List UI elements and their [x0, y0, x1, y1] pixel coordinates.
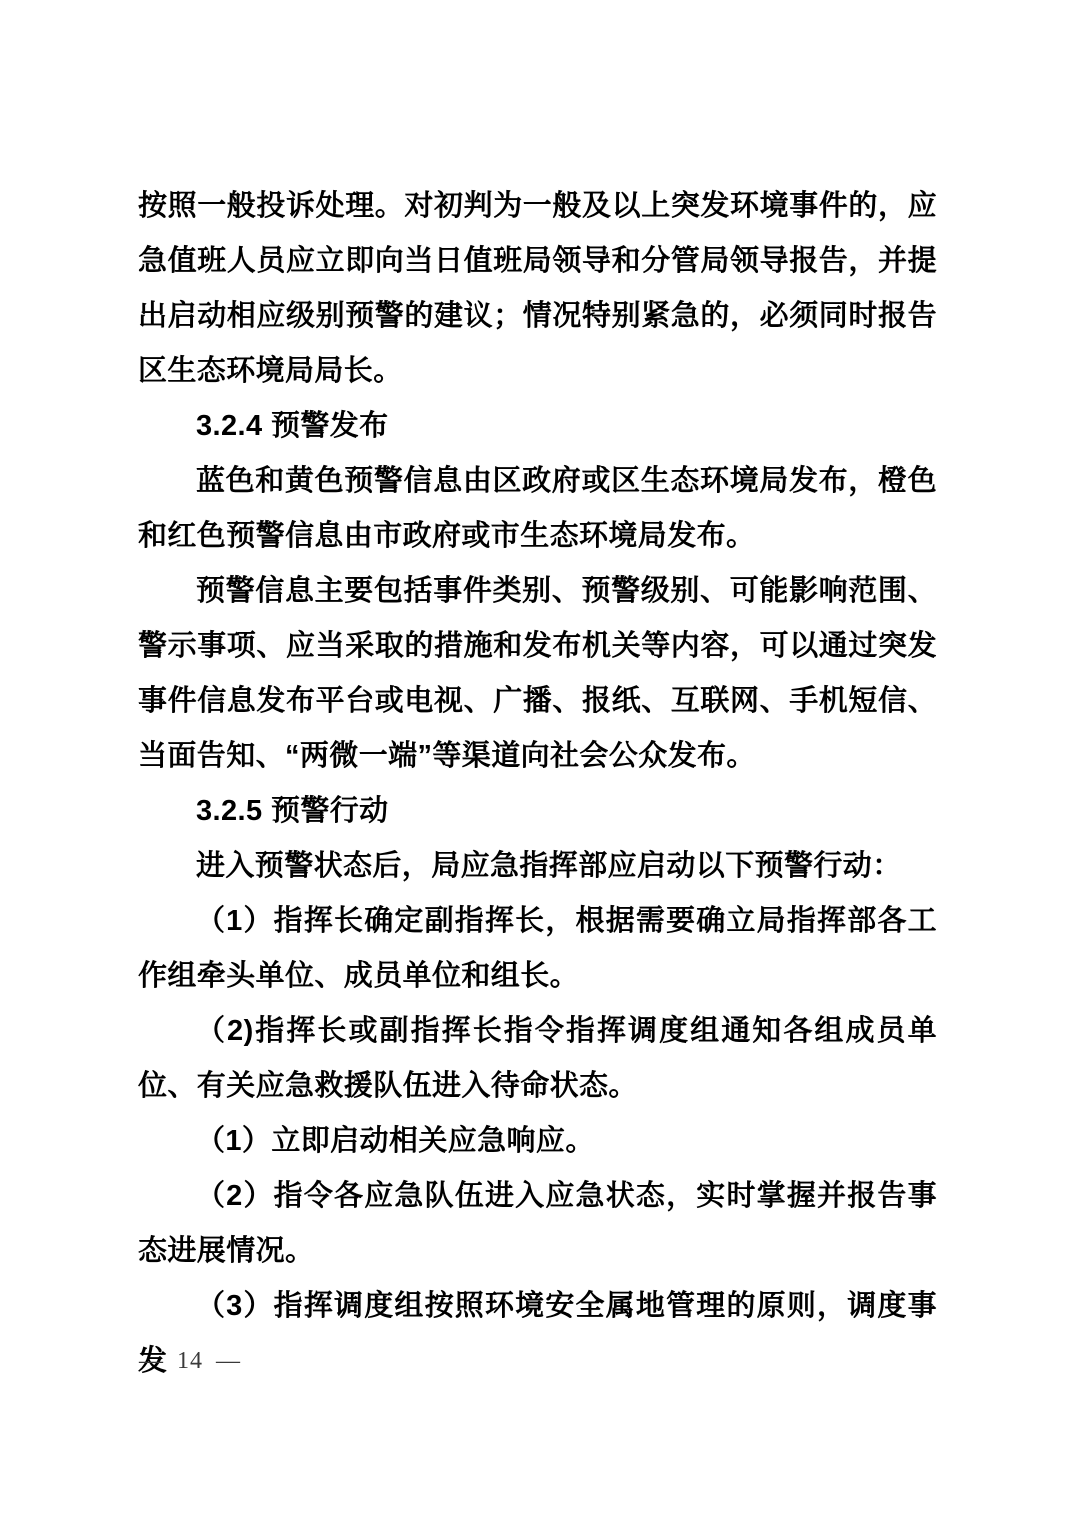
para-action-item-1: （1）指挥长确定副指挥长，根据需要确立局指挥部各工作组牵头单位、成员单位和组长。 [138, 894, 937, 1004]
para-warning-action-intro: 进入预警状态后，局应急指挥部应启动以下预警行动： [138, 839, 937, 894]
para-warning-content: 预警信息主要包括事件类别、预警级别、可能影响范围、警示事项、应当采取的措施和发布… [138, 564, 937, 784]
para-response-item-2: （2）指令各应急队伍进入应急状态，实时掌握并报告事态进展情况。 [138, 1169, 937, 1279]
heading-3-2-5: 3.2.5 预警行动 [138, 784, 937, 839]
para-response-item-1: （1）立即启动相关应急响应。 [138, 1114, 937, 1169]
para-response-item-3: （3）指挥调度组按照环境安全属地管理的原则，调度事发 [138, 1279, 937, 1389]
document-body: 按照一般投诉处理。对初判为一般及以上突发环境事件的，应急值班人员应立即向当日值班… [138, 179, 937, 1389]
heading-3-2-4: 3.2.4 预警发布 [138, 399, 937, 454]
para-action-item-2: （2)指挥长或副指挥长指令指挥调度组通知各组成员单位、有关应急救援队伍进入待命状… [138, 1004, 937, 1114]
page-number: — 14 — [139, 1345, 241, 1377]
para-continuation: 按照一般投诉处理。对初判为一般及以上突发环境事件的，应急值班人员应立即向当日值班… [138, 179, 937, 399]
document-page: 按照一般投诉处理。对初判为一般及以上突发环境事件的，应急值班人员应立即向当日值班… [0, 0, 1074, 1520]
para-warning-release: 蓝色和黄色预警信息由区政府或区生态环境局发布，橙色和红色预警信息由市政府或市生态… [138, 454, 937, 564]
